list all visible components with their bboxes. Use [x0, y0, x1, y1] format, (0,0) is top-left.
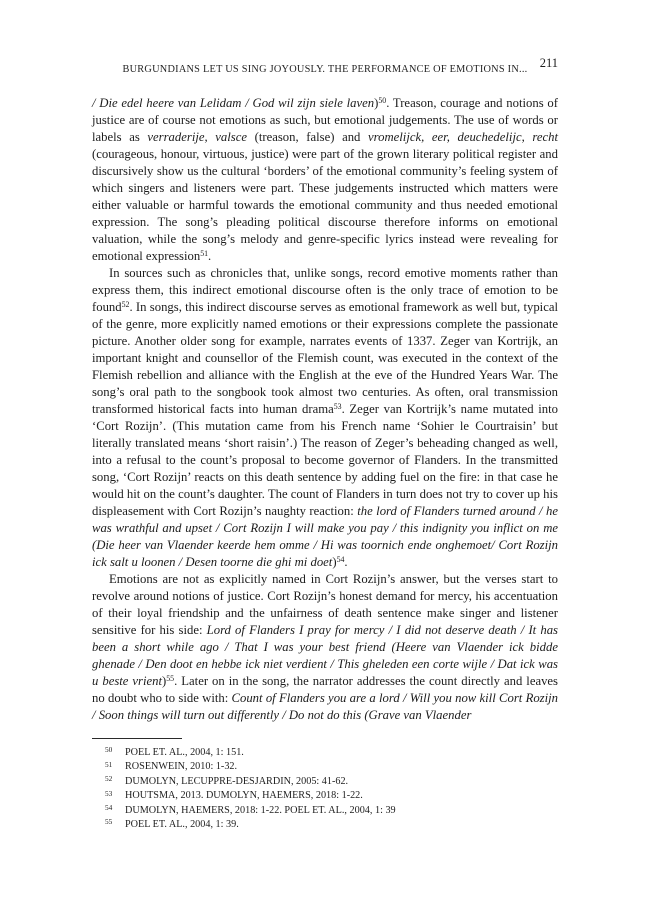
footnotes: 50POEL ET. AL., 2004, 1: 151.51ROSENWEIN… — [92, 738, 558, 832]
footnote-ref: 55 — [166, 674, 174, 683]
page-number: 211 — [540, 56, 558, 71]
footnote: 50POEL ET. AL., 2004, 1: 151. — [92, 746, 558, 760]
footnote-text: DUMOLYN, HAEMERS, 2018: 1-22. POEL ET. A… — [125, 804, 558, 818]
footnote-ref: 51 — [200, 249, 208, 258]
paragraph: In sources such as chronicles that, unli… — [92, 265, 558, 571]
footnote-ref: 54 — [337, 555, 345, 564]
footnote-ref: 52 — [122, 300, 130, 309]
footnote-number: 52 — [92, 775, 125, 789]
footnote: 52DUMOLYN, LECUPPRE-DESJARDIN, 2005: 41-… — [92, 775, 558, 789]
footnote-number: 55 — [92, 818, 125, 832]
footnote-number: 51 — [92, 760, 125, 774]
footnote-ref: 53 — [334, 402, 342, 411]
footnote-list: 50POEL ET. AL., 2004, 1: 151.51ROSENWEIN… — [92, 746, 558, 832]
footnote-text: POEL ET. AL., 2004, 1: 151. — [125, 746, 558, 760]
footnote-text: ROSENWEIN, 2010: 1-32. — [125, 760, 558, 774]
footnote: 53HOUTSMA, 2013. DUMOLYN, HAEMERS, 2018:… — [92, 789, 558, 803]
body-text: / Die edel heere van Lelidam / God wil z… — [92, 95, 558, 724]
footnote-ref: 50 — [378, 96, 386, 105]
footnote-text: DUMOLYN, LECUPPRE-DESJARDIN, 2005: 41-62… — [125, 775, 558, 789]
footnote: 54DUMOLYN, HAEMERS, 2018: 1-22. POEL ET.… — [92, 804, 558, 818]
running-header-title: BURGUNDIANS LET US SING JOYOUSLY. THE PE… — [122, 64, 527, 75]
footnote-text: POEL ET. AL., 2004, 1: 39. — [125, 818, 558, 832]
page: BURGUNDIANS LET US SING JOYOUSLY. THE PE… — [0, 0, 650, 903]
footnote-number: 53 — [92, 789, 125, 803]
footnote-separator — [92, 738, 182, 739]
footnote: 55POEL ET. AL., 2004, 1: 39. — [92, 818, 558, 832]
footnote: 51ROSENWEIN, 2010: 1-32. — [92, 760, 558, 774]
page-content: / Die edel heere van Lelidam / God wil z… — [92, 95, 558, 832]
paragraph: Emotions are not as explicitly named in … — [92, 571, 558, 724]
paragraph: / Die edel heere van Lelidam / God wil z… — [92, 95, 558, 265]
footnote-number: 54 — [92, 804, 125, 818]
footnote-number: 50 — [92, 746, 125, 760]
footnote-text: HOUTSMA, 2013. DUMOLYN, HAEMERS, 2018: 1… — [125, 789, 558, 803]
running-header: BURGUNDIANS LET US SING JOYOUSLY. THE PE… — [92, 59, 558, 77]
